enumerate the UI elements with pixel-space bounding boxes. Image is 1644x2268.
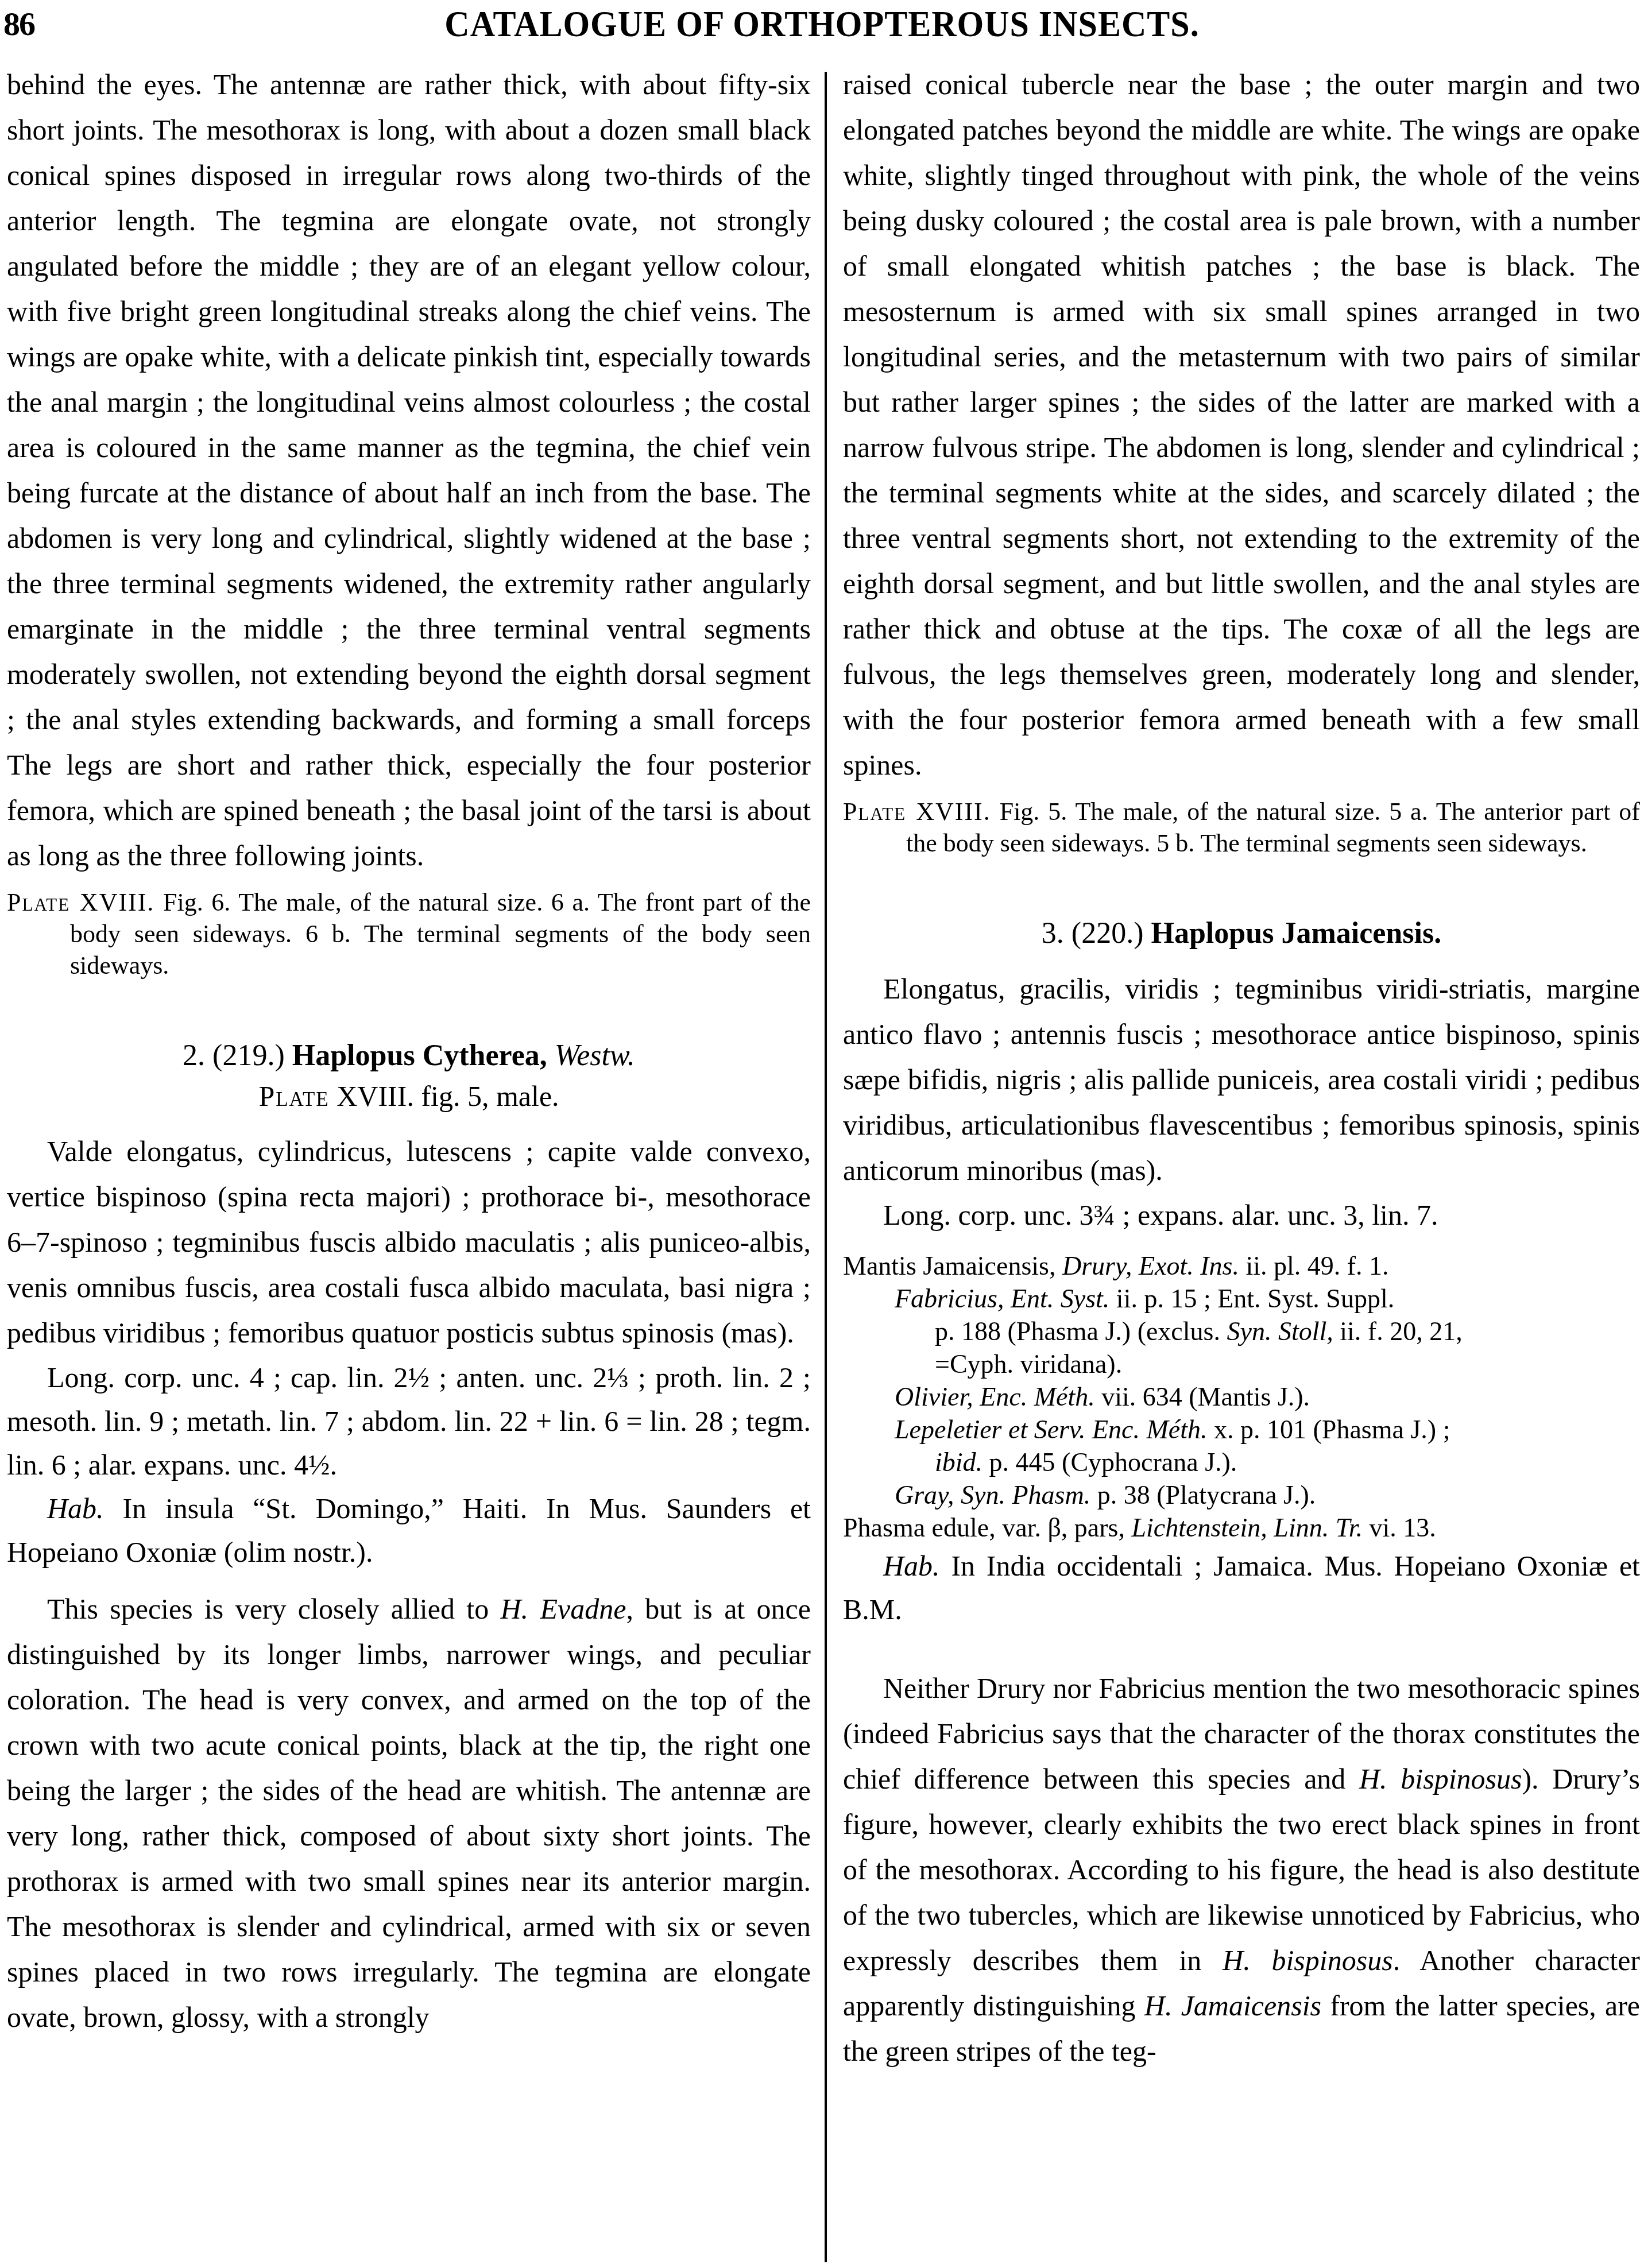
species-heading: 2. (219.) Haplopus Cytherea, Westw. — [7, 1036, 811, 1076]
plate-ref-label: Plate — [258, 1080, 329, 1112]
plate-note-text: Fig. 6. The male, of the natural size. 6… — [70, 888, 811, 980]
synonymy-entry: Olivier, Enc. Méth. vii. 634 (Mantis J.)… — [843, 1380, 1640, 1413]
species-number: 3. (220.) — [1042, 917, 1144, 950]
latin-diagnosis: Elongatus, gracilis, viridis ; tegminibu… — [843, 966, 1640, 1193]
remarks-text-cont: , but is at once distinguished by its lo… — [7, 1593, 811, 2033]
column-divider — [825, 72, 827, 2262]
plate-note: Plate XVIII. Fig. 6. The male, of the na… — [7, 887, 811, 981]
habitat-text: In insula “St. Domingo,” Haiti. In Mus. … — [7, 1492, 811, 1568]
species-plate-ref: Plate XVIII. fig. 5, male. — [7, 1076, 811, 1116]
habitat-label: Hab. — [47, 1492, 104, 1524]
synonymy-entry: Gray, Syn. Phasm. p. 38 (Platycrana J.). — [843, 1479, 1640, 1511]
species-number: 2. (219.) — [183, 1039, 285, 1072]
remarks-species-ref: H. Jamaicensis — [1144, 1990, 1321, 2022]
running-title: CATALOGUE OF ORTHOPTEROUS INSECTS. — [0, 3, 1644, 45]
habitat-label: Hab. — [883, 1550, 940, 1582]
plate-label: Plate XVIII. — [7, 888, 154, 916]
plate-ref-text: XVIII. fig. 5, male. — [336, 1080, 559, 1112]
synonymy-entry: =Cyph. viridana). — [843, 1348, 1640, 1380]
synonymy-entry: ibid. p. 445 (Cyphocrana J.). — [843, 1446, 1640, 1479]
synonymy-entry: Phasma edule, var. β, pars, Lichtenstein… — [843, 1511, 1640, 1544]
continued-description: behind the eyes. The antennæ are rather … — [7, 62, 811, 878]
measurements: Long. corp. unc. 4 ; cap. lin. 2½ ; ante… — [7, 1356, 811, 1487]
left-column: behind the eyes. The antennæ are rather … — [7, 62, 811, 2040]
species-heading: 3. (220.) Haplopus Jamaicensis. — [843, 914, 1640, 954]
species-name: Haplopus Cytherea, — [292, 1039, 547, 1072]
remarks: This species is very closely allied to H… — [7, 1586, 811, 2040]
synonymy-list: Mantis Jamaicensis, Drury, Exot. Ins. ii… — [843, 1249, 1640, 1544]
right-column: raised conical tubercle near the base ; … — [843, 62, 1640, 2074]
synonymy-entry: Fabricius, Ent. Syst. ii. p. 15 ; Ent. S… — [843, 1282, 1640, 1315]
habitat: Hab. In insula “St. Domingo,” Haiti. In … — [7, 1487, 811, 1574]
synonymy-entry: Lepeletier et Serv. Enc. Méth. x. p. 101… — [843, 1413, 1640, 1446]
plate-label: Plate XVIII. — [843, 798, 991, 826]
latin-diagnosis: Valde elongatus, cylindricus, lutescens … — [7, 1129, 811, 1356]
habitat: Hab. In India occidentali ; Jamaica. Mus… — [843, 1544, 1640, 1631]
remarks-species-ref: H. bispinosus — [1359, 1763, 1522, 1795]
remarks-species-ref: H. bispinosus — [1223, 1944, 1393, 1976]
plate-note: Plate XVIII. Fig. 5. The male, of the na… — [843, 796, 1640, 859]
species-name: Haplopus Jamaicensis. — [1151, 917, 1441, 950]
measurements: Long. corp. unc. 3¾ ; expans. alar. unc.… — [843, 1193, 1640, 1237]
remarks: Neither Drury nor Fabricius mention the … — [843, 1666, 1640, 2074]
running-head: 86 CATALOGUE OF ORTHOPTEROUS INSECTS. — [0, 5, 1644, 62]
remarks-species-ref: H. Evadne — [501, 1593, 626, 1625]
synonymy-entry: p. 188 (Phasma J.) (exclus. Syn. Stoll, … — [843, 1315, 1640, 1348]
synonymy-entry: Mantis Jamaicensis, Drury, Exot. Ins. ii… — [843, 1249, 1640, 1282]
habitat-text: In India occidentali ; Jamaica. Mus. Hop… — [843, 1550, 1640, 1625]
species-author: Westw. — [555, 1039, 635, 1072]
remarks-text: This species is very closely allied to — [47, 1593, 489, 1625]
plate-note-text: Fig. 5. The male, of the natural size. 5… — [906, 798, 1640, 857]
continued-description: raised conical tubercle near the base ; … — [843, 62, 1640, 788]
